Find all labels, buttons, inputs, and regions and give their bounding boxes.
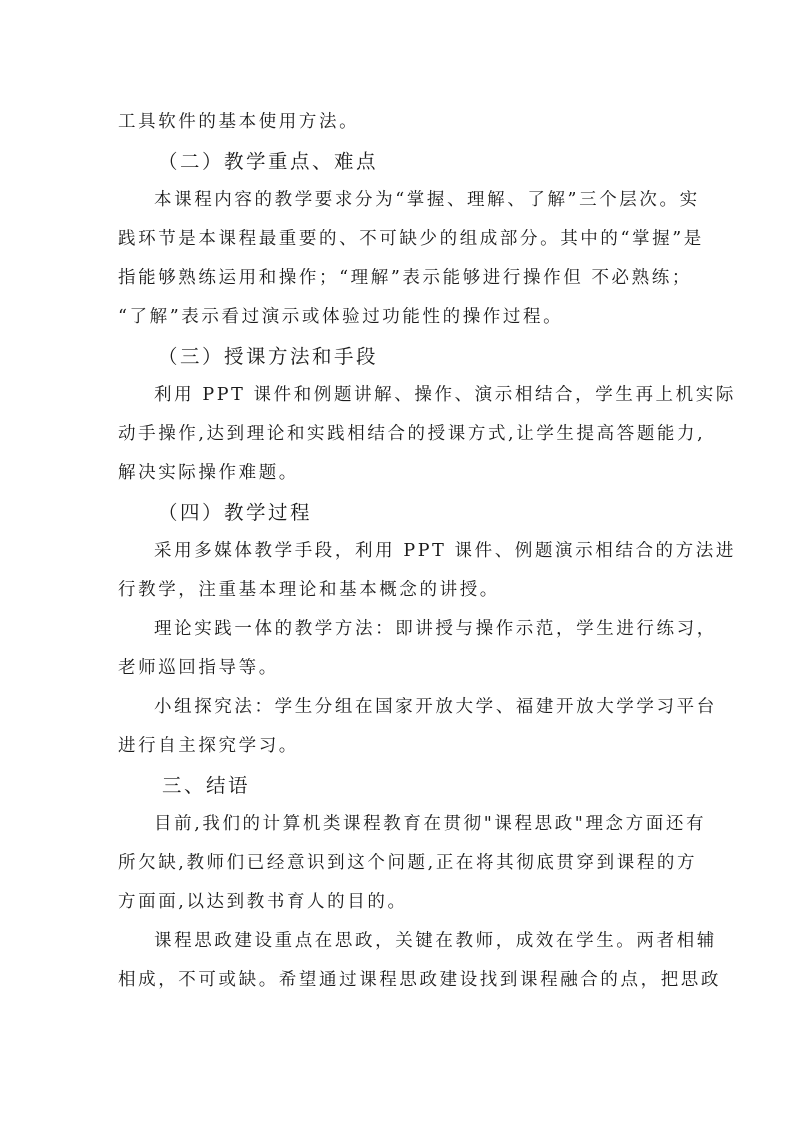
paragraph-line: 目前,我们的计算机类课程教育在贯彻"课程思政"理念方面还有 bbox=[118, 805, 678, 844]
paragraph-line: 践环节是本课程最重要的、不可缺少的组成部分。其中的“掌握”是 bbox=[118, 220, 678, 259]
document-page: 工具软件的基本使用方法。 （二）教学重点、难点 本课程内容的教学要求分为“掌握、… bbox=[118, 103, 678, 1000]
paragraph-line: 老师巡回指导等。 bbox=[118, 649, 678, 688]
paragraph-line: 行教学，注重基本理论和基本概念的讲授。 bbox=[118, 571, 678, 610]
paragraph-line: 解决实际操作难题。 bbox=[118, 454, 678, 493]
section-heading-teaching-methods: （三）授课方法和手段 bbox=[118, 337, 678, 376]
section-heading-conclusion: 三、结语 bbox=[118, 766, 678, 805]
paragraph-line: 所欠缺,教师们已经意识到这个问题,正在将其彻底贯穿到课程的方 bbox=[118, 844, 678, 883]
paragraph-line: “了解”表示看过演示或体验过功能性的操作过程。 bbox=[118, 298, 678, 337]
paragraph-line: 利用 PPT 课件和例题讲解、操作、演示相结合，学生再上机实际 bbox=[118, 376, 678, 415]
paragraph-line: 进行自主探究学习。 bbox=[118, 727, 678, 766]
section-heading-key-points: （二）教学重点、难点 bbox=[118, 142, 678, 181]
paragraph-line: 指能够熟练运用和操作；“理解”表示能够进行操作但 不必熟练； bbox=[118, 259, 678, 298]
paragraph-line: 工具软件的基本使用方法。 bbox=[118, 103, 678, 142]
paragraph-line: 方面面,以达到教书育人的目的。 bbox=[118, 883, 678, 922]
paragraph-line: 理论实践一体的教学方法：即讲授与操作示范，学生进行练习， bbox=[118, 610, 678, 649]
paragraph-line: 课程思政建设重点在思政，关键在教师，成效在学生。两者相辅 bbox=[118, 922, 678, 961]
paragraph-line: 采用多媒体教学手段，利用 PPT 课件、例题演示相结合的方法进 bbox=[118, 532, 678, 571]
paragraph-line: 本课程内容的教学要求分为“掌握、理解、了解”三个层次。实 bbox=[118, 181, 678, 220]
paragraph-line: 动手操作,达到理论和实践相结合的授课方式,让学生提高答题能力, bbox=[118, 415, 678, 454]
section-heading-teaching-process: （四）教学过程 bbox=[118, 493, 678, 532]
paragraph-line: 小组探究法：学生分组在国家开放大学、福建开放大学学习平台 bbox=[118, 688, 678, 727]
paragraph-line: 相成，不可或缺。希望通过课程思政建设找到课程融合的点，把思政 bbox=[118, 961, 678, 1000]
